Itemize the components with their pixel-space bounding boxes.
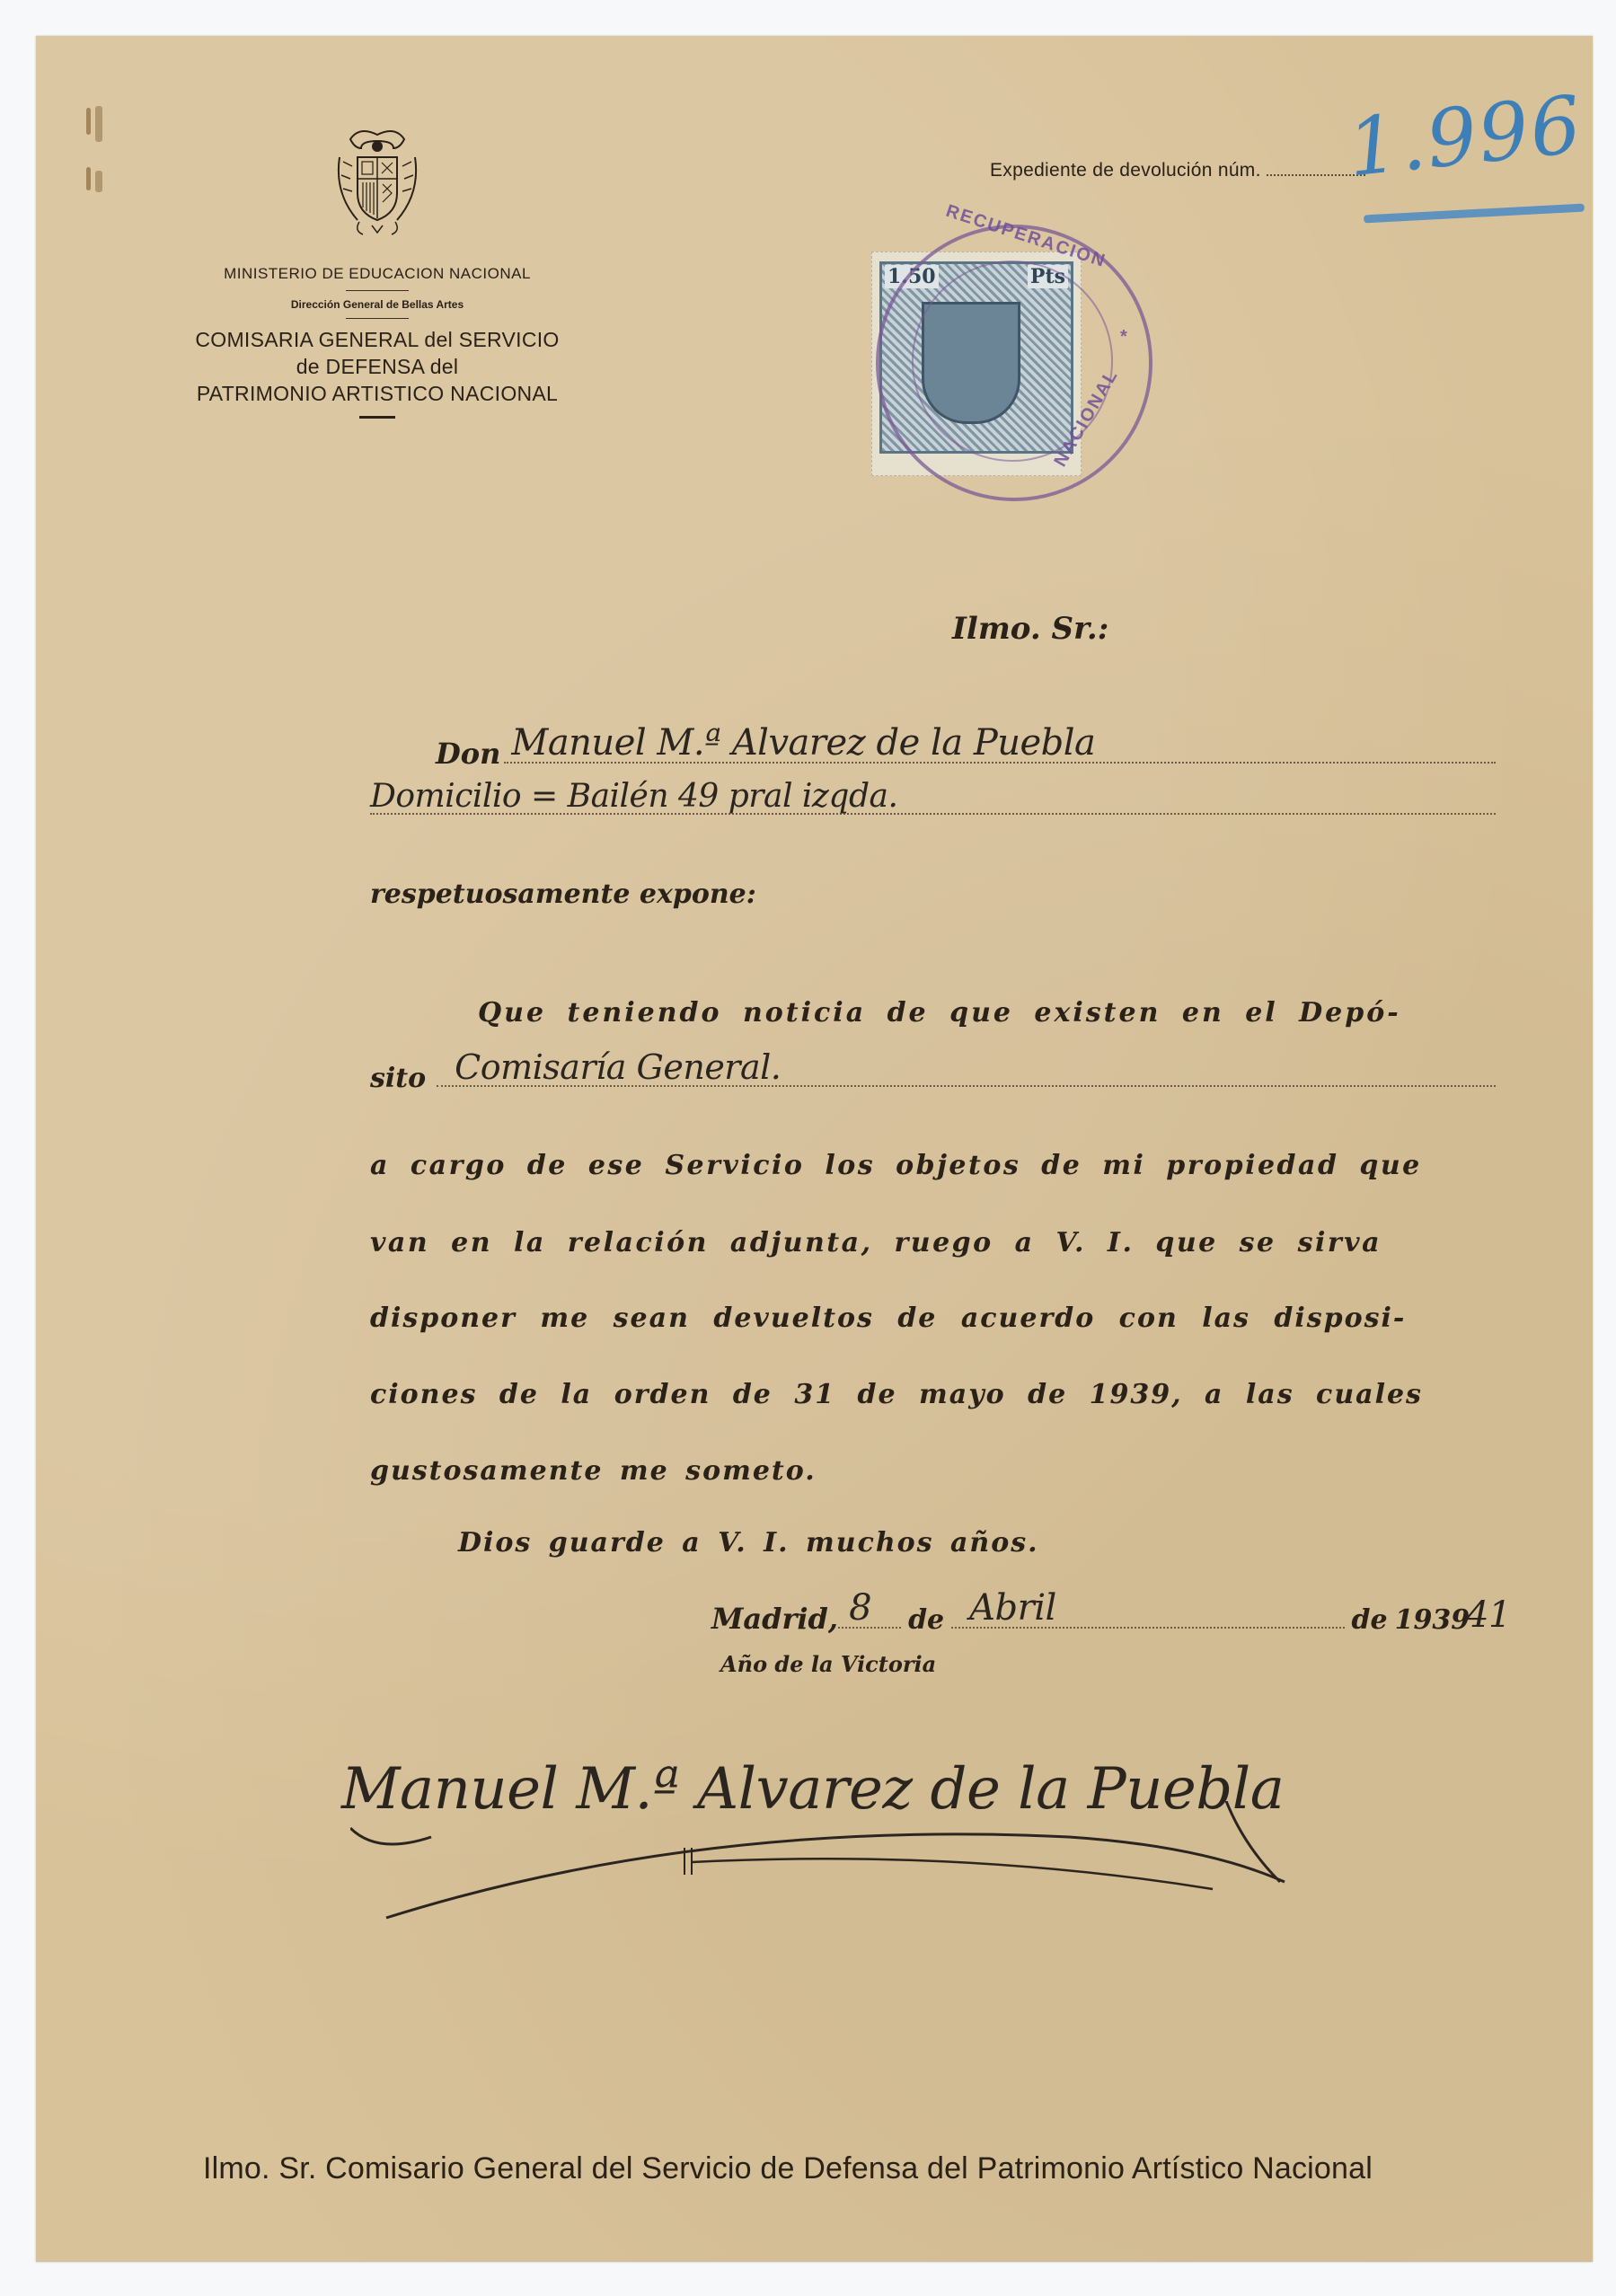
date-month: Abril	[969, 1587, 1056, 1629]
body-line-4: disponer me sean devueltos de acuerdo co…	[370, 1303, 1406, 1334]
divider	[346, 290, 409, 291]
file-number-handwritten: 1.996	[1343, 78, 1586, 195]
petitioner-address: Domicilio = Bailén 49 pral izqda.	[370, 778, 897, 815]
dotted-line: 8	[838, 1627, 901, 1629]
date-place: Madrid,	[711, 1602, 838, 1636]
divider	[346, 318, 409, 319]
body-line-1: Que teniendo noticia de que existen en e…	[478, 997, 1401, 1029]
intro-text: respetuosamente expone:	[370, 879, 756, 910]
body-line-5: ciones de la orden de 31 de mayo de 1939…	[370, 1379, 1423, 1410]
date-year-correction: 41	[1466, 1594, 1511, 1636]
recovery-seal: RECUPERACION * NACIONAL	[876, 225, 1152, 501]
dotted-line: Comisaría General.	[437, 1085, 1496, 1087]
date-field: Madrid, 8 de Abril de 1939 41	[711, 1594, 1511, 1636]
binding-mark	[86, 167, 91, 190]
closing-formula: Dios guarde a V. I. muchos años.	[458, 1527, 1039, 1559]
deposit-value: Comisaría General.	[455, 1047, 781, 1087]
deposit-prefix: sito	[370, 1063, 426, 1094]
commission-line-2: de DEFENSA del	[144, 353, 611, 380]
date-de-1: de	[908, 1604, 944, 1636]
dotted-line: Abril	[951, 1627, 1344, 1629]
salutation: Ilmo. Sr.:	[952, 611, 1108, 647]
petitioner-name: Manuel M.ª Alvarez de la Puebla	[511, 722, 1095, 764]
commission-line-1: COMISARIA GENERAL del SERVICIO	[144, 326, 611, 353]
binding-mark	[86, 108, 91, 135]
dotted-line: Manuel M.ª Alvarez de la Puebla	[504, 762, 1496, 764]
name-prefix: Don	[436, 737, 500, 771]
body-line-3: van en la relación adjunta, ruego a V. I…	[370, 1227, 1382, 1258]
signature-flourish	[350, 1801, 1294, 1927]
direction-name: Dirección General de Bellas Artes	[144, 298, 611, 311]
ministry-name: MINISTERIO DE EDUCACION NACIONAL	[144, 265, 611, 283]
deposit-field: sito Comisaría General.	[370, 1063, 1496, 1094]
date-day: 8	[849, 1587, 871, 1629]
file-number-label: Expediente de devolución núm.	[990, 160, 1261, 181]
date-year-printed: 1939	[1395, 1604, 1470, 1636]
petitioner-name-field: Don Manuel M.ª Alvarez de la Puebla	[436, 737, 1496, 771]
body-line-2: a cargo de ese Servicio los objetos de m…	[370, 1150, 1422, 1181]
divider	[359, 416, 395, 419]
file-number-field: Expediente de devolución núm.	[990, 160, 1365, 181]
address-field: Domicilio = Bailén 49 pral izqda.	[370, 813, 1496, 822]
era-label: Año de la Victoria	[720, 1651, 936, 1677]
seal-star: *	[1120, 327, 1129, 348]
binding-mark	[95, 106, 102, 142]
commission-line-3: PATRIMONIO ARTISTICO NACIONAL	[144, 380, 611, 407]
blue-pencil-underline	[1364, 204, 1585, 224]
document-page: MINISTERIO DE EDUCACION NACIONAL Direcci…	[36, 36, 1593, 2262]
binding-mark	[95, 171, 102, 192]
footer-addressee: Ilmo. Sr. Comisario General del Servicio…	[203, 2151, 1373, 2186]
letterhead: MINISTERIO DE EDUCACION NACIONAL Direcci…	[144, 121, 611, 419]
spanish-coat-of-arms-icon	[332, 121, 422, 238]
date-de-2: de	[1352, 1604, 1388, 1636]
body-line-6: gustosamente me someto.	[370, 1455, 817, 1487]
dotted-line: Domicilio = Bailén 49 pral izqda.	[370, 813, 1496, 815]
